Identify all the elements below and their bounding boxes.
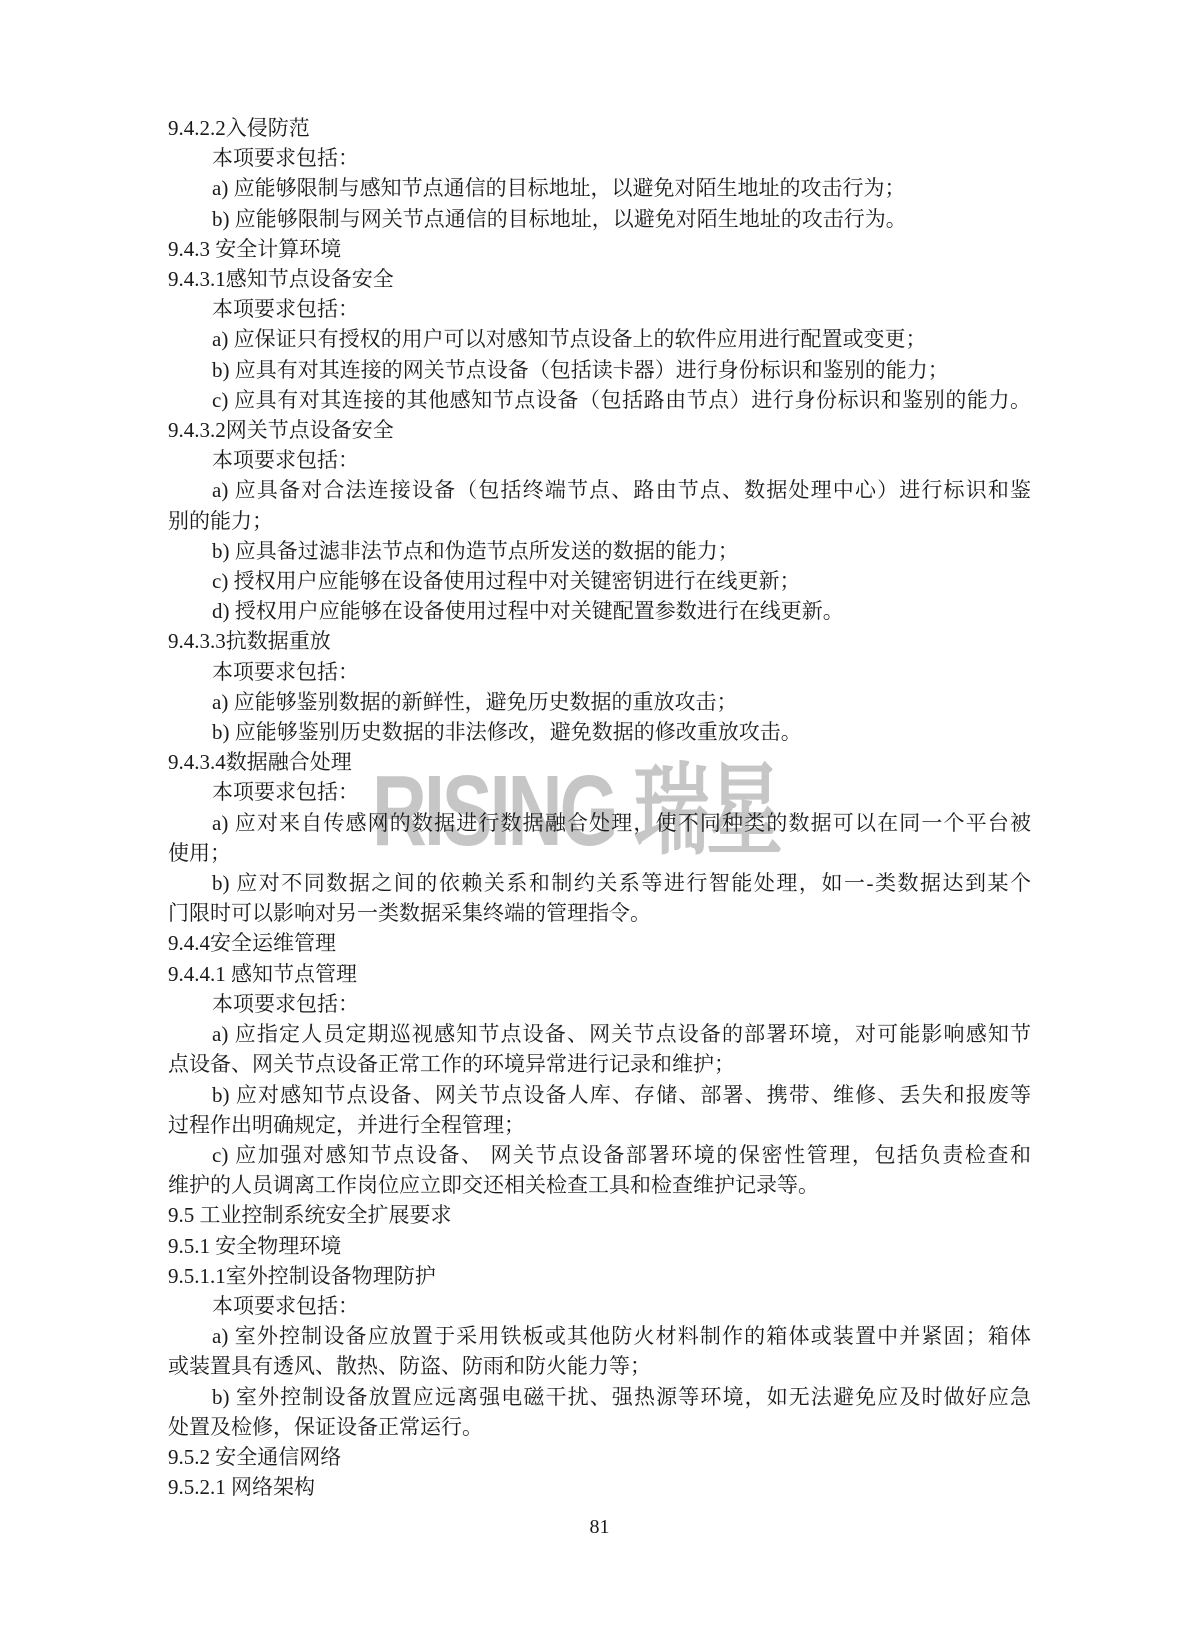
section-heading: 9.4.4.1 感知节点管理 xyxy=(168,959,1031,989)
section-heading: 9.4.3.3抗数据重放 xyxy=(168,626,1031,656)
section-heading: 9.5 工业控制系统安全扩展要求 xyxy=(168,1200,1031,1230)
document-page: RISING 瑞星 9.4.2.2入侵防范本项要求包括：a) 应能够限制与感知节… xyxy=(0,0,1199,1627)
body-text-line: a) 应保证只有授权的用户可以对感知节点设备上的软件应用进行配置或变更； xyxy=(168,324,1031,354)
body-text-line: 或装置具有透风、散热、防盗、防雨和防火能力等； xyxy=(168,1351,1031,1381)
section-heading: 9.4.4安全运维管理 xyxy=(168,928,1031,958)
section-heading: 9.4.3.1感知节点设备安全 xyxy=(168,264,1031,294)
body-text-line: a) 应能够鉴别数据的新鲜性，避免历史数据的重放攻击； xyxy=(168,687,1031,717)
body-text-line: 本项要求包括： xyxy=(168,294,1031,324)
body-text-line: a) 应对来自传感网的数据进行数据融合处理，使不同种类的数据可以在同一个平台被 xyxy=(168,808,1031,838)
body-text-line: 本项要求包括： xyxy=(168,1291,1031,1321)
section-heading: 9.5.1.1室外控制设备物理防护 xyxy=(168,1261,1031,1291)
body-text-line: 处置及检修，保证设备正常运行。 xyxy=(168,1412,1031,1442)
body-text-line: 本项要求包括： xyxy=(168,143,1031,173)
body-text-line: 本项要求包括： xyxy=(168,445,1031,475)
body-text-line: 点设备、网关节点设备正常工作的环境异常进行记录和维护； xyxy=(168,1049,1031,1079)
body-text-line: b) 室外控制设备放置应远离强电磁干扰、强热源等环境，如无法避免应及时做好应急 xyxy=(168,1382,1031,1412)
body-text-line: b) 应对感知节点设备、网关节点设备人库、存储、部署、携带、维修、丢失和报废等 xyxy=(168,1080,1031,1110)
page-number: 81 xyxy=(0,1516,1199,1539)
body-text-line: 本项要求包括： xyxy=(168,657,1031,687)
body-text-line: b) 应具备过滤非法节点和伪造节点所发送的数据的能力； xyxy=(168,536,1031,566)
section-heading: 9.4.2.2入侵防范 xyxy=(168,113,1031,143)
body-text-line: 使用； xyxy=(168,838,1031,868)
body-text-line: b) 应能够鉴别历史数据的非法修改，避免数据的修改重放攻击。 xyxy=(168,717,1031,747)
section-heading: 9.4.3 安全计算环境 xyxy=(168,234,1031,264)
body-text-line: 本项要求包括： xyxy=(168,989,1031,1019)
body-text-line: b) 应能够限制与网关节点通信的目标地址，以避免对陌生地址的攻击行为。 xyxy=(168,204,1031,234)
body-text-line: 别的能力； xyxy=(168,506,1031,536)
body-text-line: a) 应具备对合法连接设备（包括终端节点、路由节点、数据处理中心）进行标识和鉴 xyxy=(168,475,1031,505)
section-heading: 9.5.2 安全通信网络 xyxy=(168,1442,1031,1472)
section-heading: 9.5.2.1 网络架构 xyxy=(168,1472,1031,1502)
body-text-line: 门限时可以影响对另一类数据采集终端的管理指令。 xyxy=(168,898,1031,928)
body-text-line: 过程作出明确规定，并进行全程管理； xyxy=(168,1110,1031,1140)
body-text-line: a) 应指定人员定期巡视感知节点设备、网关节点设备的部署环境，对可能影响感知节 xyxy=(168,1019,1031,1049)
body-text-line: c) 应加强对感知节点设备、 网关节点设备部署环境的保密性管理，包括负责检查和 xyxy=(168,1140,1031,1170)
body-text-line: b) 应对不同数据之间的依赖关系和制约关系等进行智能处理，如一-类数据达到某个 xyxy=(168,868,1031,898)
document-body: 9.4.2.2入侵防范本项要求包括：a) 应能够限制与感知节点通信的目标地址，以… xyxy=(168,113,1031,1502)
body-text-line: b) 应具有对其连接的网关节点设备（包括读卡器）进行身份标识和鉴别的能力； xyxy=(168,355,1031,385)
body-text-line: 本项要求包括： xyxy=(168,777,1031,807)
body-text-line: 维护的人员调离工作岗位应立即交还相关检查工具和检查维护记录等。 xyxy=(168,1170,1031,1200)
body-text-line: a) 室外控制设备应放置于采用铁板或其他防火材料制作的箱体或装置中并紧固；箱体 xyxy=(168,1321,1031,1351)
body-text-line: c) 应具有对其连接的其他感知节点设备（包括路由节点）进行身份标识和鉴别的能力。 xyxy=(168,385,1031,415)
body-text-line: d) 授权用户应能够在设备使用过程中对关键配置参数进行在线更新。 xyxy=(168,596,1031,626)
section-heading: 9.4.3.4数据融合处理 xyxy=(168,747,1031,777)
body-text-line: a) 应能够限制与感知节点通信的目标地址，以避免对陌生地址的攻击行为； xyxy=(168,173,1031,203)
body-text-line: c) 授权用户应能够在设备使用过程中对关键密钥进行在线更新； xyxy=(168,566,1031,596)
section-heading: 9.4.3.2网关节点设备安全 xyxy=(168,415,1031,445)
section-heading: 9.5.1 安全物理环境 xyxy=(168,1231,1031,1261)
